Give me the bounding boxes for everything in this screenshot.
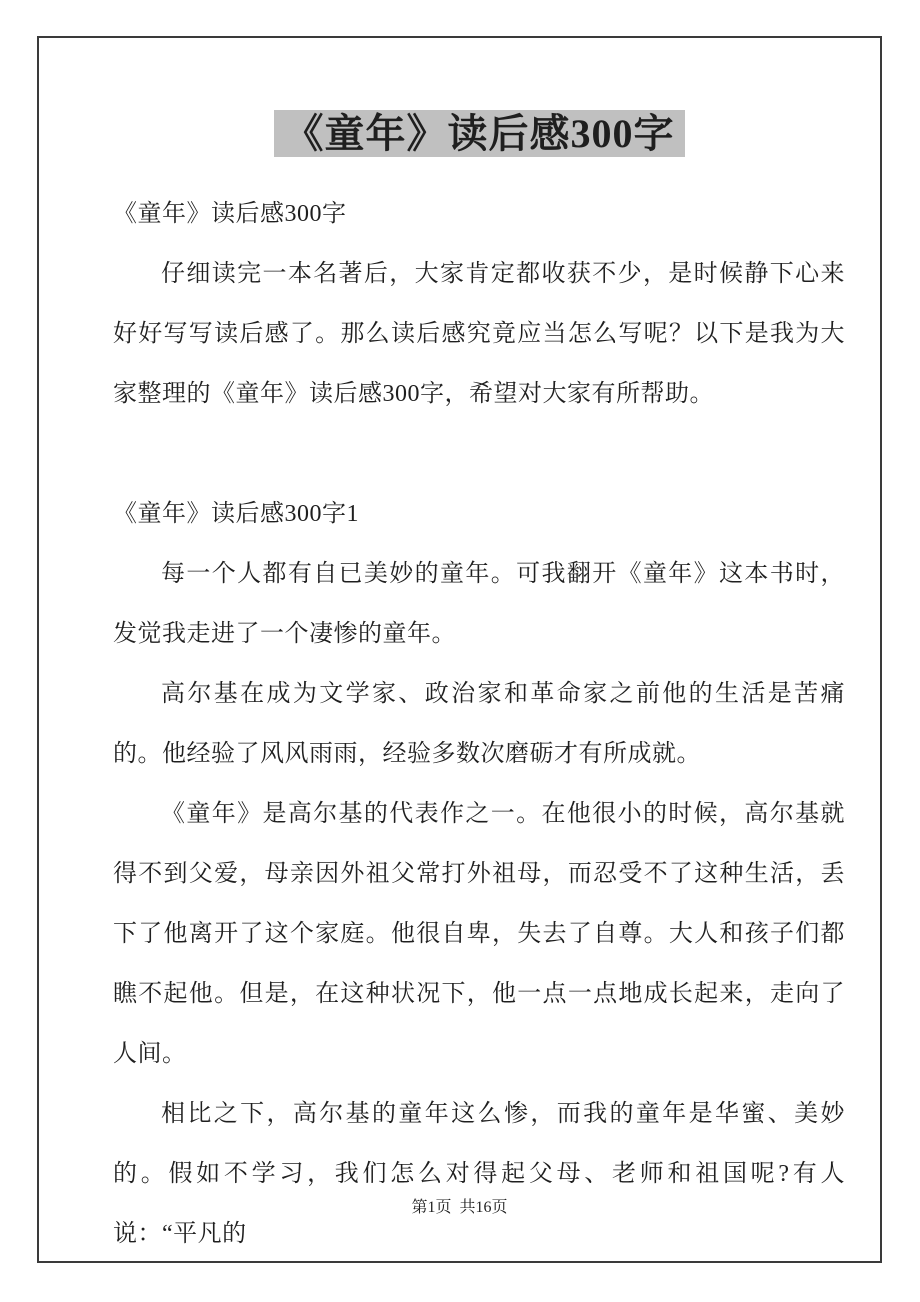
paragraph: 相比之下，高尔基的童年这么惨，而我的童年是华蜜、美妙的。假如不学习，我们怎么对得…	[113, 1084, 845, 1264]
intro-label: 《童年》读后感300字	[113, 184, 845, 244]
paragraph: 高尔基在成为文学家、政治家和革命家之前他的生活是苦痛的。他经验了风风雨雨，经验多…	[113, 664, 845, 784]
paragraph: 《童年》是高尔基的代表作之一。在他很小的时候，高尔基就得不到父爱，母亲因外祖父常…	[113, 784, 845, 1084]
document-page: 《童年》读后感300字 《童年》读后感300字 仔细读完一本名著后，大家肯定都收…	[0, 0, 920, 1302]
intro-paragraph: 仔细读完一本名著后，大家肯定都收获不少，是时候静下心来好好写写读后感了。那么读后…	[113, 244, 845, 424]
paragraph: 每一个人都有自已美妙的童年。可我翻开《童年》这本书时，发觉我走进了一个凄惨的童年…	[113, 544, 845, 664]
page-footer: 第1页 共16页	[37, 1196, 882, 1220]
section-heading: 《童年》读后感300字1	[113, 484, 845, 544]
document-title: 《童年》读后感300字	[113, 111, 845, 157]
footer-separator	[452, 1199, 460, 1216]
title-highlight: 《童年》读后感300字	[274, 110, 685, 157]
page-total: 共16页	[460, 1199, 508, 1216]
document-content: 《童年》读后感300字 《童年》读后感300字 仔细读完一本名著后，大家肯定都收…	[113, 0, 845, 1264]
page-number: 第1页	[411, 1199, 451, 1216]
